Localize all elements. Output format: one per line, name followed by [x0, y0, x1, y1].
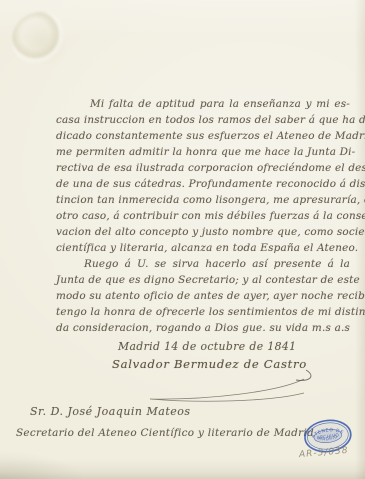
- letter-body: Mi falta de aptitud para la enseñanza y …: [56, 96, 350, 336]
- letter-line: casa instruccion en todos los ramos del …: [56, 112, 350, 128]
- letter-line: otro caso, á contribuir con mis débiles …: [56, 208, 350, 224]
- letter-line: tincion tan inmerecida como lisongera, m…: [56, 192, 350, 208]
- letter-line: Junta de que es digno Secretario; y al c…: [56, 272, 350, 288]
- letter-line: tengo la honra de ofrecerle los sentimie…: [56, 304, 350, 320]
- addressee-title: Secretario del Ateneo Científico y liter…: [16, 427, 314, 439]
- embossed-seal: [12, 12, 70, 68]
- letter-line: da consideracion, rogando a Dios gue. su…: [56, 320, 350, 336]
- letter-line: vacion del alto concepto y justo nombre …: [56, 224, 350, 240]
- date-line: Madrid 14 de octubre de 1841: [118, 340, 296, 353]
- letter-line: modo su atento oficio de antes de ayer, …: [56, 288, 350, 304]
- letter-line: dicado constantemente sus esfuerzos el A…: [56, 128, 350, 144]
- letter-line: científica y literaria, alcanza en toda …: [56, 240, 350, 256]
- addressee-name: Sr. D. José Joaquin Mateos: [30, 405, 191, 418]
- letter-scan: Mi falta de aptitud para la enseñanza y …: [0, 0, 365, 479]
- letter-line: me permiten admitir la honra que me hace…: [56, 144, 350, 160]
- letter-line: de una de sus cátedras. Profundamente re…: [56, 176, 350, 192]
- letter-line: Mi falta de aptitud para la enseñanza y …: [56, 96, 350, 112]
- letter-line: Ruego á U. se sirva hacerlo así presente…: [56, 256, 350, 272]
- letter-line: rectiva de esa ilustrada corporacion ofr…: [56, 160, 350, 176]
